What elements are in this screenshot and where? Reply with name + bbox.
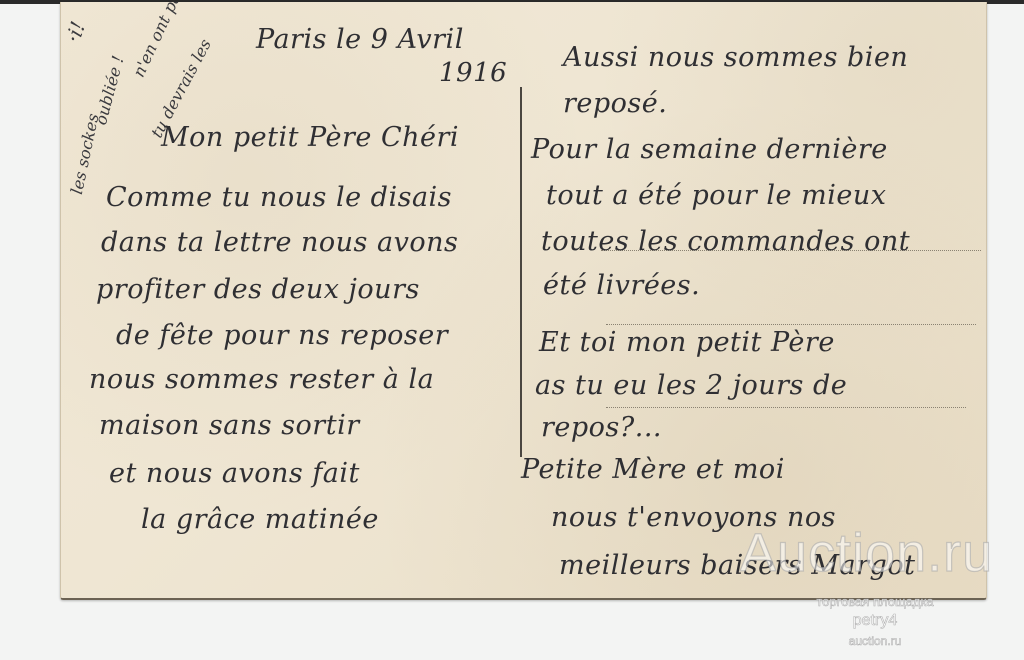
left-line-7: et nous avons fait [109,458,360,489]
right-line-10: Petite Mère et moi [521,454,785,485]
right-line-4: tout a été pour le mieux [546,180,886,211]
margin-note-line-3: les sockes [67,112,103,196]
date-line: Paris le 9 Avril [256,24,464,55]
watermark-site: auction.ru [775,634,975,648]
right-line-5: toutes les commandes ont [541,226,910,257]
left-line-6: maison sans sortir [99,410,360,441]
left-line-2: dans ta lettre nous avons [101,227,458,258]
address-line-2 [606,324,976,325]
left-line-3: profiter des deux jours [96,274,420,305]
right-line-6: été livrées. [543,270,700,301]
postcard-divider [520,87,522,457]
margin-note-line-4: oubliée ! [91,54,128,127]
right-line-1: Aussi nous sommes bien [563,42,908,73]
address-line-3 [606,407,966,408]
margin-note-line-1: n'en ont pas [129,2,188,80]
right-line-8: as tu eu les 2 jours de [535,370,847,401]
watermark-seller: petry4 [775,612,975,630]
postcard: ·i! n'en ont pas tu devrais les les sock… [60,2,987,600]
left-line-8: la grâce matinée [141,504,379,535]
watermark-subtitle: торговая площадка [775,594,975,609]
margin-mark: ·i! [61,18,91,46]
left-line-1: Comme tu nous le disais [106,182,452,213]
right-line-7: Et toi mon petit Père [539,327,835,358]
right-line-3: Pour la semaine dernière [531,134,888,165]
left-line-4: de fête pour ns reposer [116,320,448,351]
year: 1916 [439,58,507,88]
left-line-5: nous sommes rester à la [89,364,434,395]
salutation: Mon petit Père Chéri [161,122,459,153]
watermark-brand: Auction.ru [740,522,993,584]
right-line-2: reposé. [563,88,667,119]
right-line-9: repos?... [541,412,662,443]
